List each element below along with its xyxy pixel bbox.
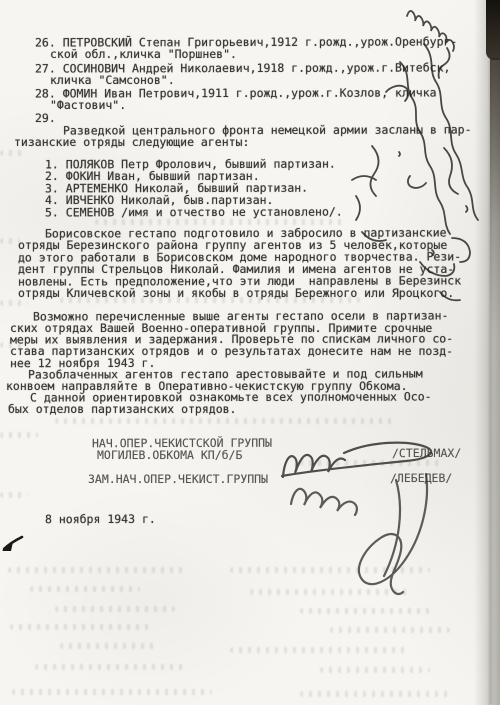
signer-title: МОГИЛЕВ.ОБКОМА КП/б/Б [97, 449, 242, 461]
margin-arrow-mark [2, 537, 22, 551]
typed-line: 29. [35, 112, 56, 124]
scan-edge-dark-corner [486, 0, 500, 60]
typed-line: 5. СЕМЕНОВ /имя и отчество не установлен… [45, 206, 343, 219]
typed-line: ской обл.,кличка "Поршнев". [50, 48, 237, 60]
typed-line: "Фастович". [50, 99, 126, 111]
document-date: 8 ноября 1943 г. [45, 513, 156, 525]
scanned-document-page: 26. ПЕТРОВСКИЙ Степан Григорьевич,1912 г… [0, 0, 500, 705]
typed-line: бых отделов партизанских отрядов. [8, 403, 236, 415]
signer-name: /СТЕЛЬМАХ/ [392, 447, 461, 459]
signature-lebedev-ink [291, 474, 427, 594]
signer-name: /ЛЕБЕДЕВ/ [390, 472, 452, 484]
typed-line: кличка "Самсонов". [50, 74, 175, 86]
signer-title: ЗАМ.НАЧ.ОПЕР.ЧЕКИСТ.ГРУППЫ [88, 473, 268, 485]
scan-edge-dark-fade [490, 58, 500, 338]
typed-line: тизанские отряды следующие агенты: [14, 136, 249, 148]
